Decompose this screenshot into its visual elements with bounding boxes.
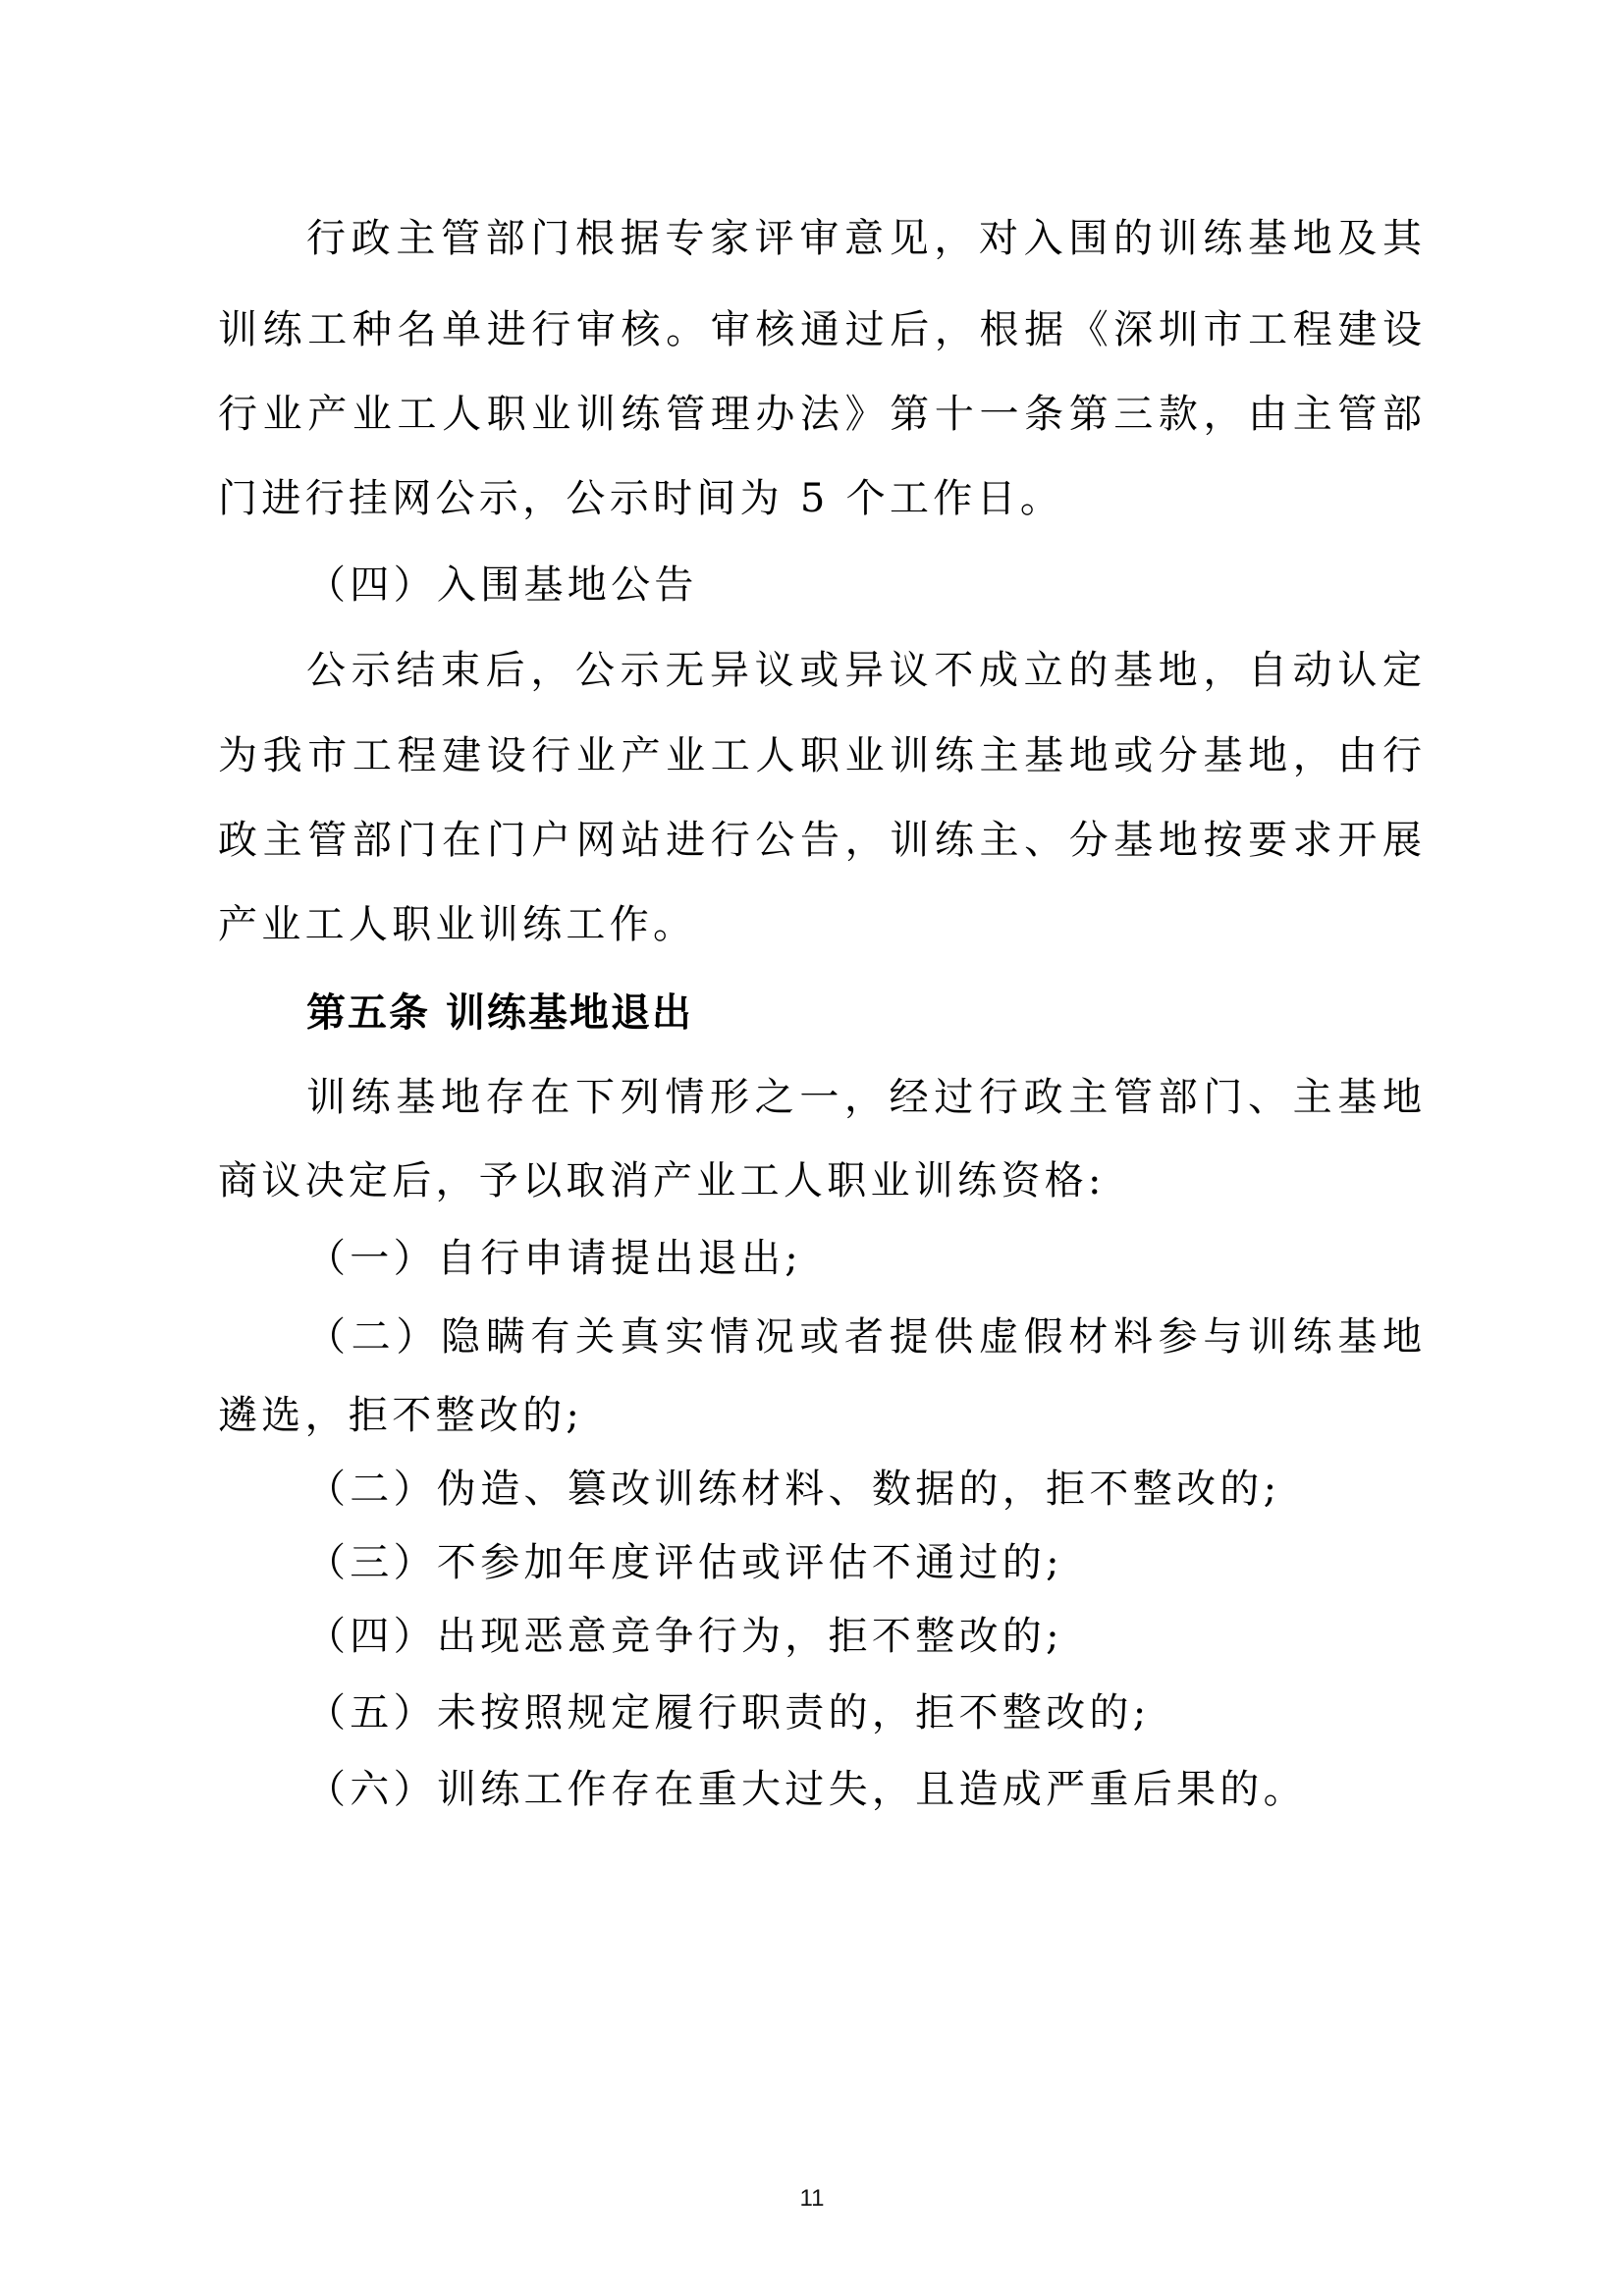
paragraph-2-line-3: 政主管部门在门户网站进行公告，训练主、分基地按要求开展	[218, 817, 1422, 864]
paragraph-2-line-4: 产业工人职业训练工作。	[218, 901, 696, 948]
list-item-6: （五）未按照规定履行职责的，拒不整改的;	[306, 1689, 1150, 1736]
article-5-heading: 第五条 训练基地退出	[306, 989, 693, 1037]
paragraph-3-line-1: 训练基地存在下列情形之一，经过行政主管部门、主基地	[306, 1074, 1422, 1121]
paragraph-1-line-4: 门进行挂网公示，公示时间为 5 个工作日。	[218, 475, 1063, 522]
paragraph-2-line-2: 为我市工程建设行业产业工人职业训练主基地或分基地，由行	[218, 732, 1422, 779]
paragraph-1-line-3: 行业产业工人职业训练管理办法》第十一条第三款，由主管部	[218, 391, 1422, 438]
list-item-5: （四）出现恶意竞争行为，拒不整改的;	[306, 1613, 1063, 1660]
subheading-shortlisted-base-announcement: （四）入围基地公告	[306, 561, 698, 609]
paragraph-2-line-1: 公示结束后，公示无异议或异议不成立的基地，自动认定	[306, 647, 1422, 694]
list-item-1: （一）自行申请提出退出;	[306, 1235, 802, 1282]
paragraph-1-line-2: 训练工种名单进行审核。审核通过后，根据《深圳市工程建设	[218, 306, 1422, 353]
page-number: 11	[0, 2185, 1624, 2213]
paragraph-3-line-2: 商议决定后，予以取消产业工人职业训练资格:	[218, 1157, 1106, 1204]
list-item-3: （二）伪造、篡改训练材料、数据的，拒不整改的;	[306, 1466, 1280, 1513]
list-item-4: （三）不参加年度评估或评估不通过的;	[306, 1539, 1063, 1586]
paragraph-1-line-1: 行政主管部门根据专家评审意见，对入围的训练基地及其	[306, 215, 1422, 262]
list-item-2-line-1: （二）隐瞒有关真实情况或者提供虚假材料参与训练基地	[306, 1313, 1422, 1361]
list-item-2-line-2: 遴选，拒不整改的;	[218, 1392, 583, 1439]
list-item-7: （六）训练工作存在重大过失，且造成严重后果的。	[306, 1766, 1307, 1813]
